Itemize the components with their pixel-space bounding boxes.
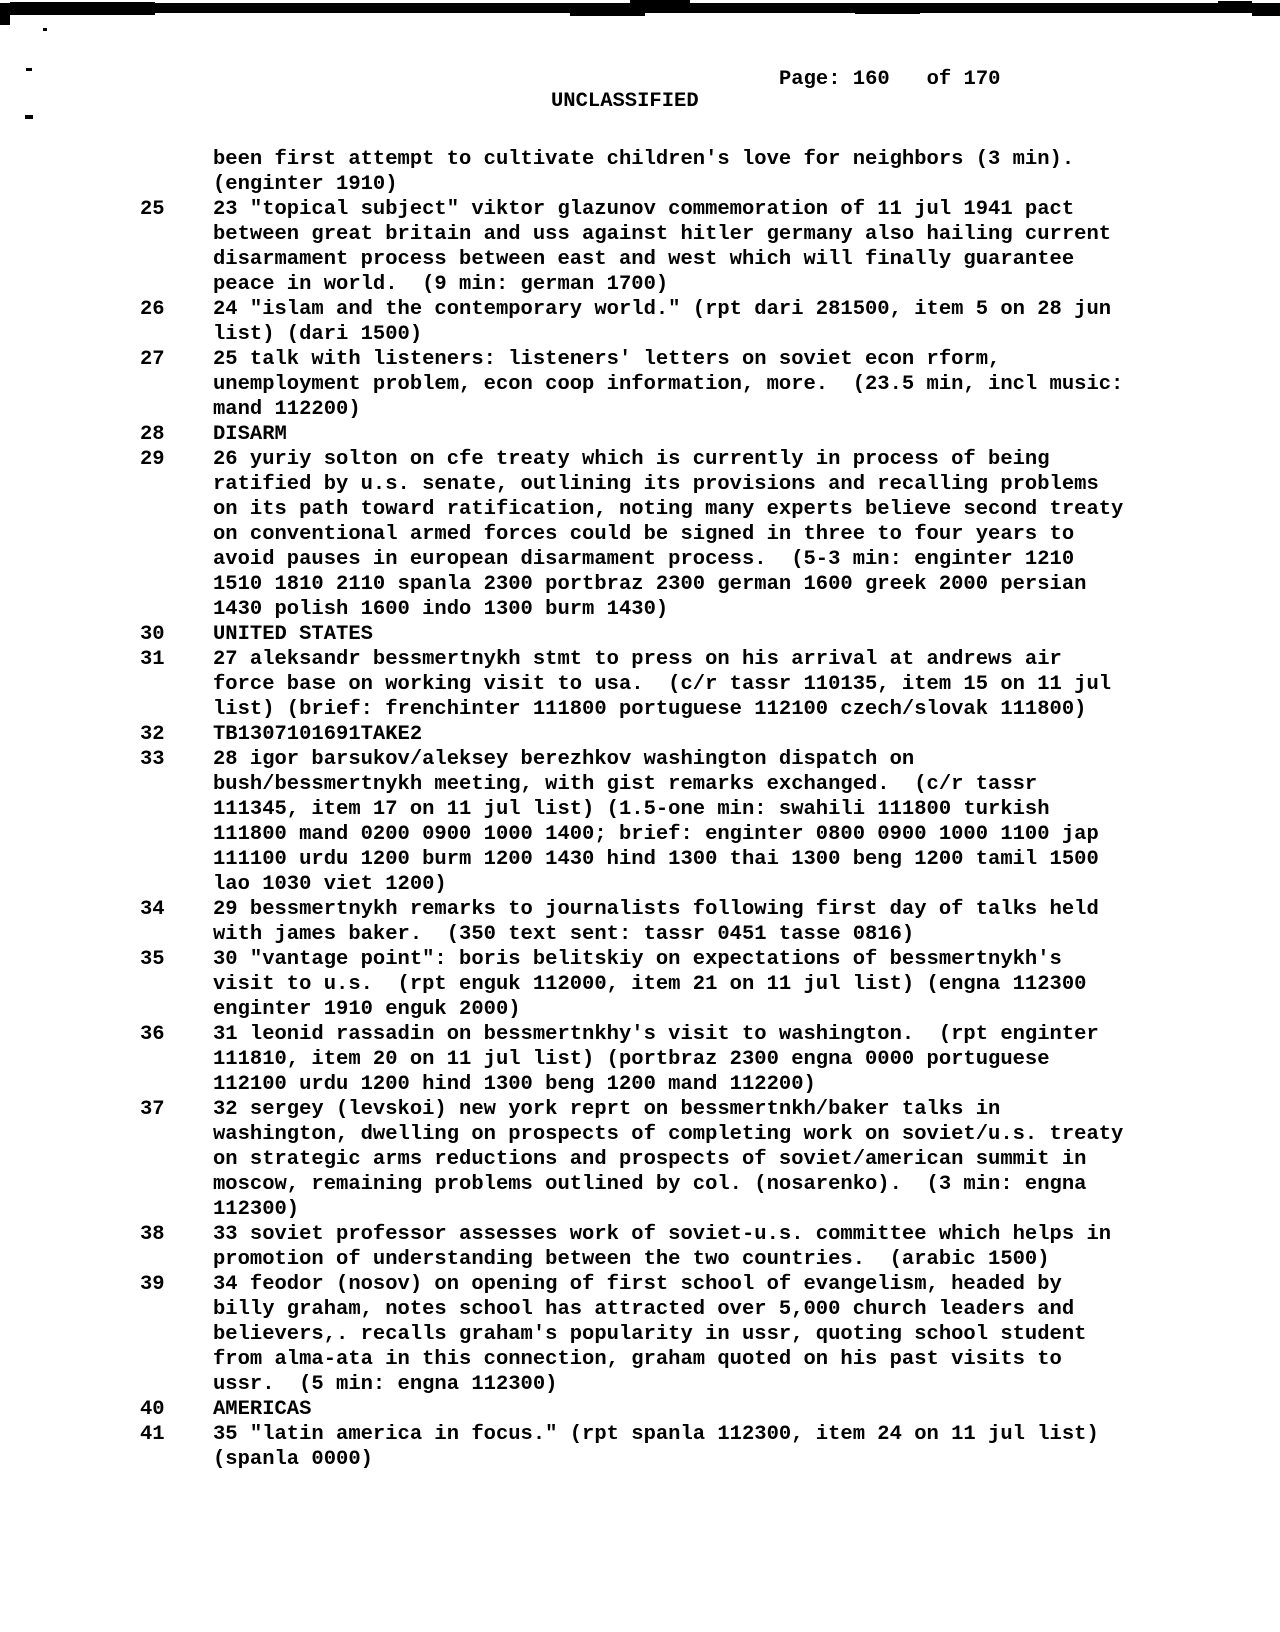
line-number: 41 — [140, 1422, 213, 1447]
line-number: 34 — [140, 897, 213, 922]
line-number: 31 — [140, 647, 213, 672]
list-item: 34 29 bessmertnykh remarks to journalist… — [140, 897, 1180, 947]
list-item: 31 27 aleksandr bessmertnykh stmt to pre… — [140, 647, 1180, 722]
list-item: 40 AMERICAS — [140, 1397, 1180, 1422]
line-number: 33 — [140, 747, 213, 772]
line-text: 32 sergey (levskoi) new york reprt on be… — [213, 1097, 1180, 1222]
line-text: 34 feodor (nosov) on opening of first sc… — [213, 1272, 1180, 1397]
line-number: 28 — [140, 422, 213, 447]
line-number: 26 — [140, 297, 213, 322]
list-item: 39 34 feodor (nosov) on opening of first… — [140, 1272, 1180, 1397]
line-number: 30 — [140, 622, 213, 647]
list-item: 28 DISARM — [140, 422, 1180, 447]
line-text: been first attempt to cultivate children… — [213, 147, 1180, 197]
list-item: 38 33 soviet professor assesses work of … — [140, 1222, 1180, 1272]
line-number: 38 — [140, 1222, 213, 1247]
line-text: 27 aleksandr bessmertnykh stmt to press … — [213, 647, 1180, 722]
line-text: TB1307101691TAKE2 — [213, 722, 1180, 747]
line-text: 26 yuriy solton on cfe treaty which is c… — [213, 447, 1180, 622]
scanned-document-page: Page: 160 of 170 UNCLASSIFIED been first… — [0, 0, 1280, 1632]
list-item: 36 31 leonid rassadin on bessmertnkhy's … — [140, 1022, 1180, 1097]
scan-artifact — [1252, 6, 1280, 16]
line-number: 27 — [140, 347, 213, 372]
line-text: 30 "vantage point": boris belitskiy on e… — [213, 947, 1180, 1022]
line-number: 32 — [140, 722, 213, 747]
list-item: 37 32 sergey (levskoi) new york reprt on… — [140, 1097, 1180, 1222]
page-number-label: Page: 160 of 170 — [779, 67, 1000, 92]
line-text: AMERICAS — [213, 1397, 1180, 1422]
scan-artifact — [855, 11, 920, 14]
list-item: 30 UNITED STATES — [140, 622, 1180, 647]
list-item: 33 28 igor barsukov/aleksey berezhkov wa… — [140, 747, 1180, 897]
document-lines: been first attempt to cultivate children… — [140, 147, 1180, 1472]
line-number: 40 — [140, 1397, 213, 1422]
line-number: 35 — [140, 947, 213, 972]
line-number: 37 — [140, 1097, 213, 1122]
scan-artifact — [630, 0, 690, 4]
line-text: 35 "latin america in focus." (rpt spanla… — [213, 1422, 1180, 1472]
classification-label: UNCLASSIFIED — [551, 89, 699, 114]
line-text: 23 "topical subject" viktor glazunov com… — [213, 197, 1180, 297]
line-number: 29 — [140, 447, 213, 472]
line-text: 24 "islam and the contemporary world." (… — [213, 297, 1180, 347]
scan-speck — [25, 115, 33, 119]
list-item: 29 26 yuriy solton on cfe treaty which i… — [140, 447, 1180, 622]
list-item: 26 24 "islam and the contemporary world.… — [140, 297, 1180, 347]
line-number: 25 — [140, 197, 213, 222]
scan-artifact — [570, 12, 645, 16]
line-text: 28 igor barsukov/aleksey berezhkov washi… — [213, 747, 1180, 897]
list-item: 27 25 talk with listeners: listeners' le… — [140, 347, 1180, 422]
line-number: 36 — [140, 1022, 213, 1047]
line-text: UNITED STATES — [213, 622, 1180, 647]
line-text: 33 soviet professor assesses work of sov… — [213, 1222, 1180, 1272]
line-text: 25 talk with listeners: listeners' lette… — [213, 347, 1180, 422]
scan-artifact — [1218, 1, 1252, 8]
list-item: 35 30 "vantage point": boris belitskiy o… — [140, 947, 1180, 1022]
line-text: 31 leonid rassadin on bessmertnkhy's vis… — [213, 1022, 1180, 1097]
line-number: 39 — [140, 1272, 213, 1297]
line-text: DISARM — [213, 422, 1180, 447]
list-item: 41 35 "latin america in focus." (rpt spa… — [140, 1422, 1180, 1472]
scan-speck — [43, 28, 47, 31]
scan-artifact — [0, 4, 10, 25]
scan-artifact — [10, 2, 155, 15]
list-item: 25 23 "topical subject" viktor glazunov … — [140, 197, 1180, 297]
line-text: 29 bessmertnykh remarks to journalists f… — [213, 897, 1180, 947]
list-item: been first attempt to cultivate children… — [140, 147, 1180, 197]
list-item: 32 TB1307101691TAKE2 — [140, 722, 1180, 747]
scan-speck — [26, 68, 32, 71]
